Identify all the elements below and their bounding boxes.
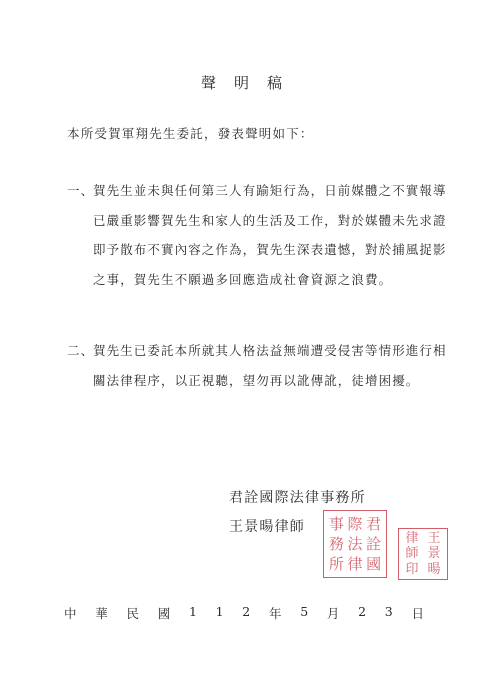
date-char: 3 xyxy=(385,604,393,622)
seal-char: 國 xyxy=(364,554,383,574)
seal-char: 律 xyxy=(401,531,423,546)
seal-char: 事 xyxy=(327,514,346,534)
seal-char: 師 xyxy=(401,546,423,561)
seal-char: 所 xyxy=(327,554,346,574)
date-char: 1 xyxy=(216,604,224,622)
seal-char: 王 xyxy=(423,531,445,546)
date-char: 年 xyxy=(269,604,282,622)
seal-char: 詮 xyxy=(364,534,383,554)
seal-char: 印 xyxy=(401,562,423,577)
date-char: 月 xyxy=(327,604,340,622)
date-char: 1 xyxy=(189,604,197,622)
seal-char: 際 xyxy=(346,514,365,534)
document-date: 中 華 民 國 1 1 2 年 5 月 2 3 日 xyxy=(64,604,424,622)
statement-item-2: 二、 賀先生已委託本所就其人格法益無端遭受侵害等情形進行相關法律程序，以正視聽，… xyxy=(67,336,447,395)
date-char: 2 xyxy=(358,604,366,622)
item-number: 二、 xyxy=(67,336,94,366)
date-char: 5 xyxy=(300,604,308,622)
signature-firm: 君詮國際法律事務所 xyxy=(229,487,366,507)
statement-item-1: 一、 賀先生並未與任何第三人有踰矩行為，日前媒體之不實報導已嚴重影響賀先生和家人… xyxy=(67,176,447,294)
lawyer-seal-stamp: 王 景 暘 律 師 印 xyxy=(398,528,448,580)
date-char: 2 xyxy=(242,604,250,622)
date-char: 國 xyxy=(158,604,171,622)
item-text: 賀先生並未與任何第三人有踰矩行為，日前媒體之不實報導已嚴重影響賀先生和家人的生活… xyxy=(93,176,447,294)
date-char: 民 xyxy=(126,604,139,622)
item-number: 一、 xyxy=(67,176,94,206)
seal-char: 務 xyxy=(327,534,346,554)
seal-char: 法 xyxy=(346,534,365,554)
firm-seal-stamp: 君 詮 國 際 法 律 事 務 所 xyxy=(323,510,387,578)
date-char: 中 xyxy=(64,604,77,622)
seal-char: 景 xyxy=(423,546,445,561)
intro-paragraph: 本所受賀軍翔先生委託，發表聲明如下： xyxy=(67,124,314,142)
signature-lawyer: 王景暘律師 xyxy=(229,516,305,536)
item-text: 賀先生已委託本所就其人格法益無端遭受侵害等情形進行相關法律程序，以正視聽，望勿再… xyxy=(93,336,447,395)
document-title: 聲明稿 xyxy=(0,72,483,93)
date-char: 日 xyxy=(411,604,424,622)
seal-char: 律 xyxy=(346,554,365,574)
date-char: 華 xyxy=(95,604,108,622)
seal-char: 君 xyxy=(364,514,383,534)
seal-char: 暘 xyxy=(423,562,445,577)
